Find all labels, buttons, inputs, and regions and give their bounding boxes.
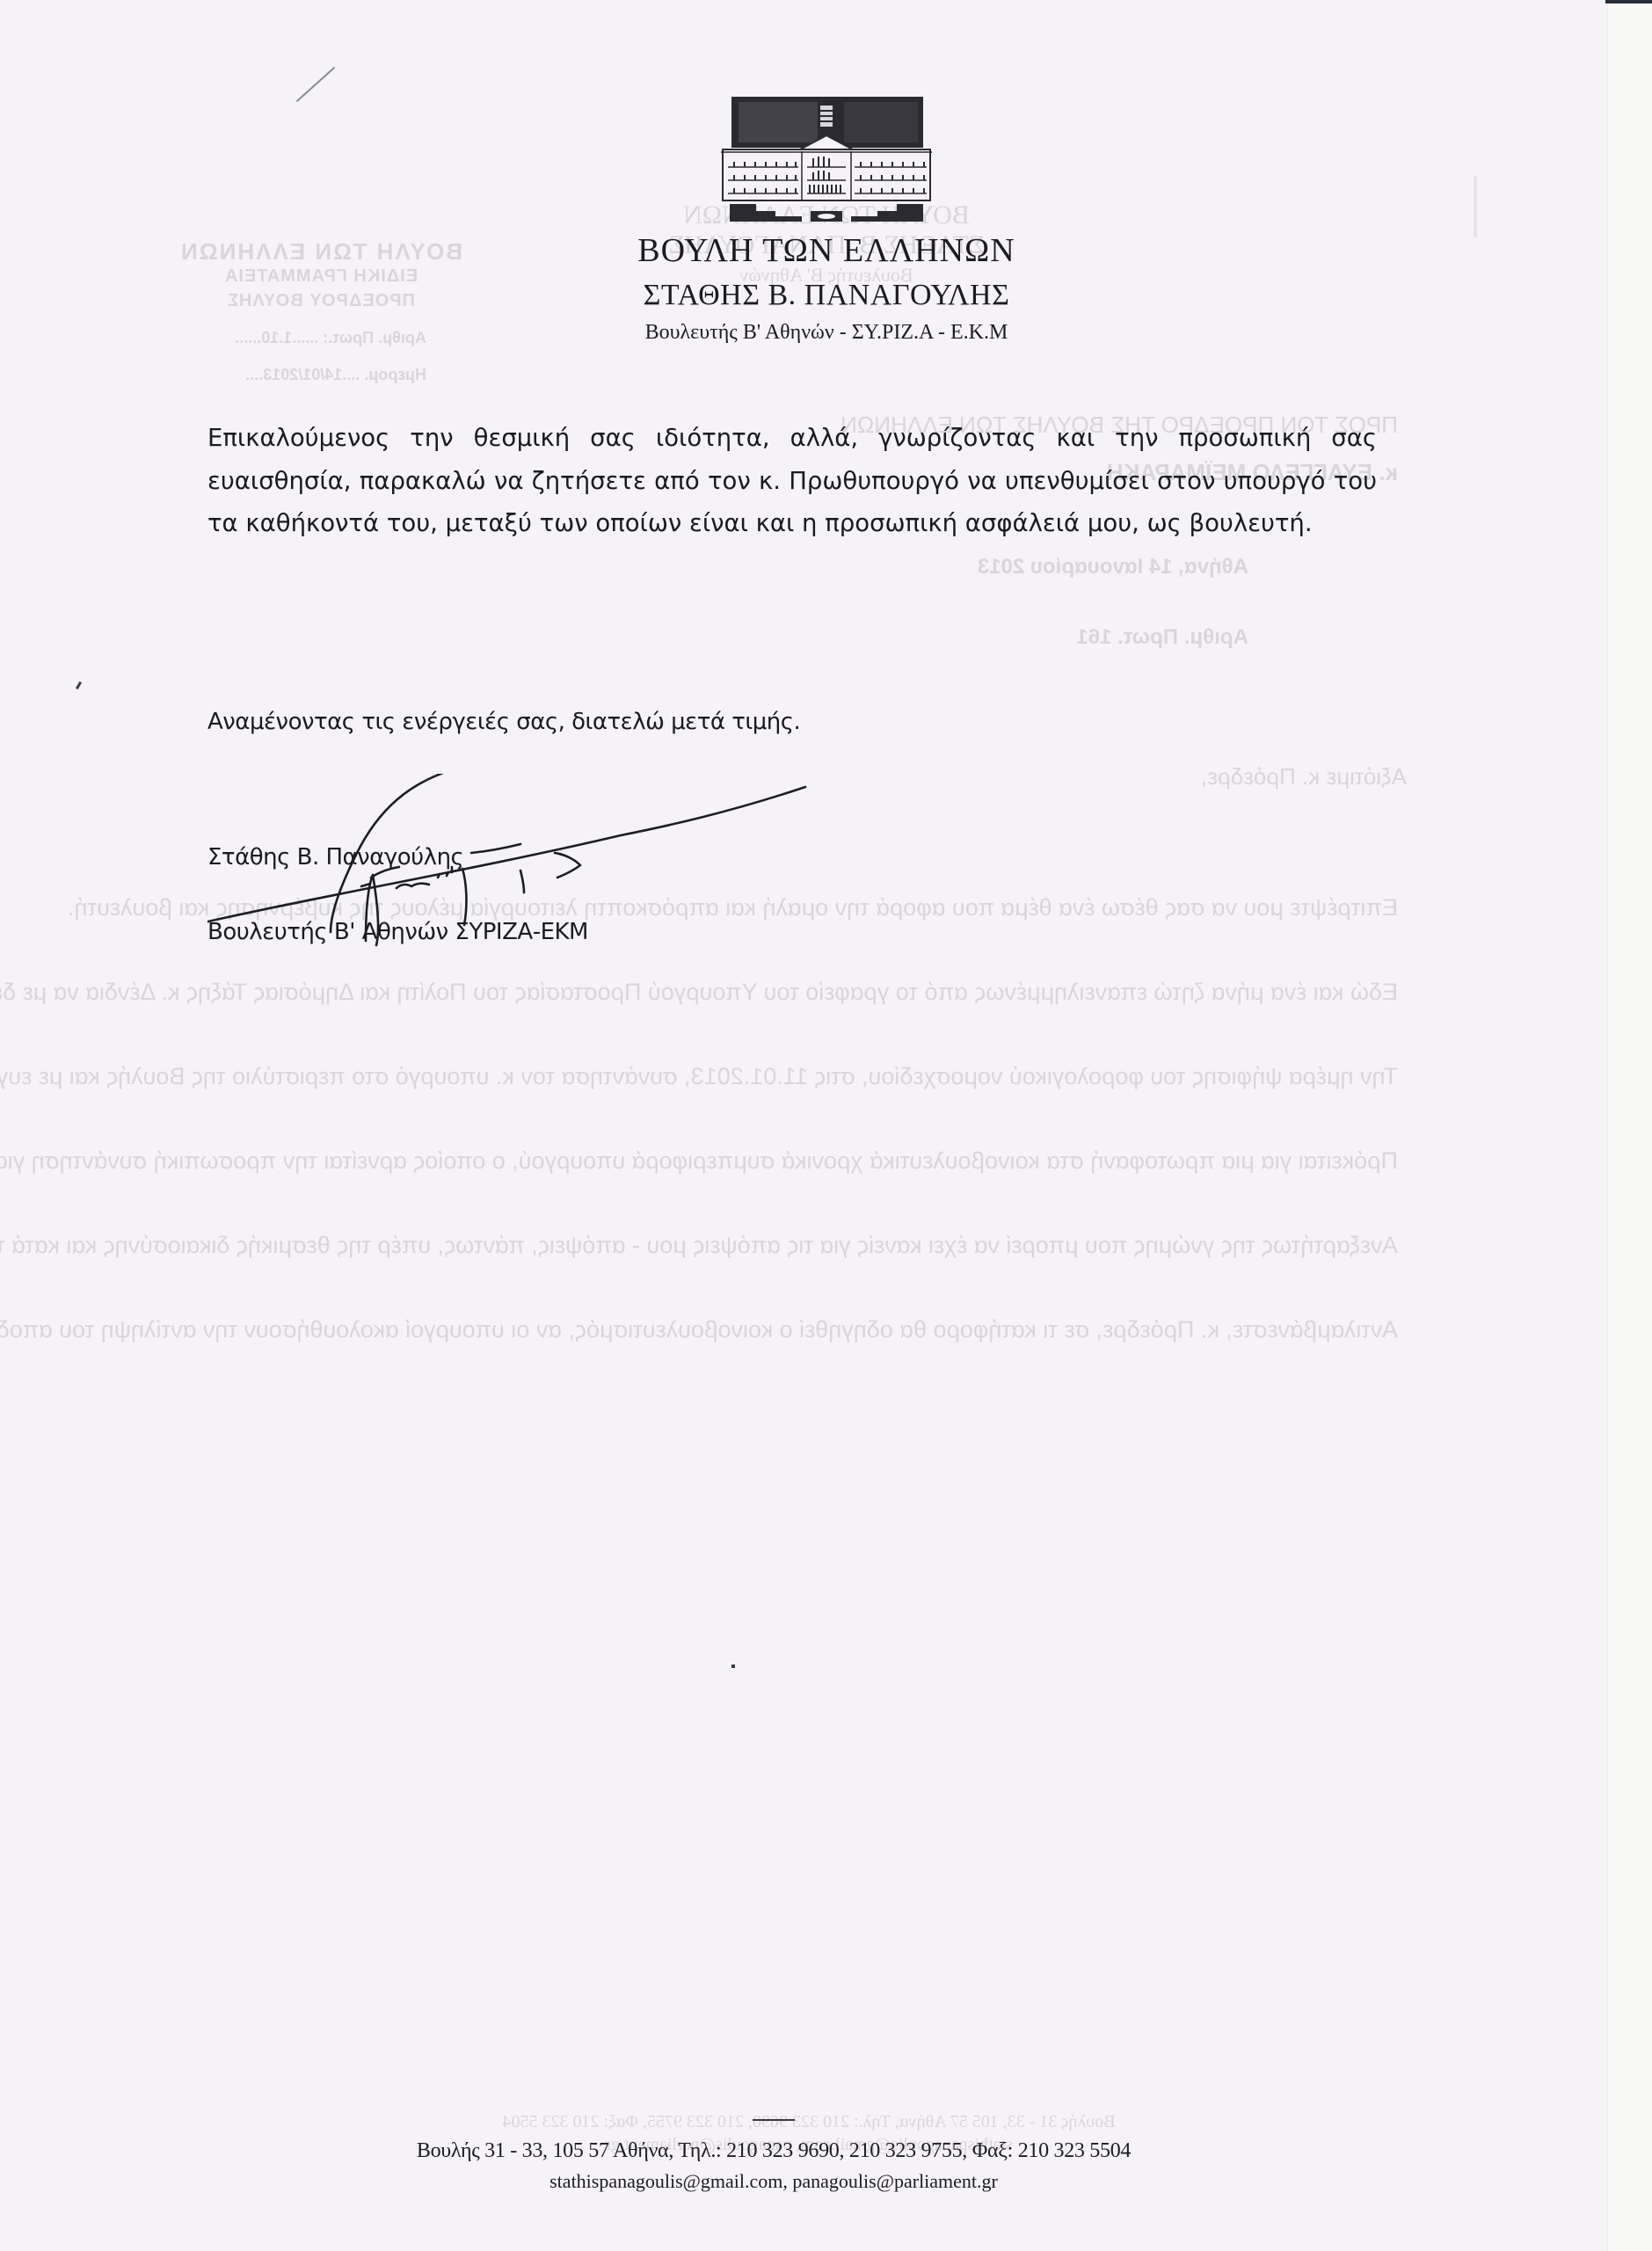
bleed-through-stamp: ΒΟΥΛΗ ΤΩΝ ΕΛΛΗΝΩΝ ΕΙΔΙΚΗ ΓΡΑΜΜΑΤΕΙΑ ΠΡΟΕ…: [145, 239, 497, 387]
bleed-stamp-date: Ημερομ. ....14/01/2013....: [145, 362, 497, 387]
bleed-paragraph: Πρόκειται για μια πρωτοφανή στα κοινοβου…: [246, 1134, 1398, 1187]
bleed-paragraph: Εδώ και ένα μήνα ζητώ επανειλημμένως από…: [246, 965, 1398, 1018]
bleed-stamp-line: ΠΡΟΕΔΡΟΥ ΒΟΥΛΗΣ: [145, 288, 497, 313]
signer-name: Στάθης Β. Παναγούλης: [207, 844, 463, 871]
bleed-date-line: Αριθμ. Πρωτ. 161: [950, 620, 1248, 655]
bleed-through-salutation: Αξιότιμε κ. Πρόεδρε,: [1055, 763, 1407, 790]
footer-divider: [753, 2119, 795, 2121]
letter-closing: Αναμένοντας τις ενέργειές σας, διατελώ μ…: [207, 709, 800, 735]
organization-name: ΒΟΥΛΗ ΤΩΝ ΕΛΛΗΝΩΝ: [563, 231, 1090, 270]
scan-mark: [1474, 176, 1477, 237]
bleed-stamp-line: ΕΙΔΙΚΗ ΓΡΑΜΜΑΤΕΙΑ: [145, 264, 497, 288]
mp-role: Βουλευτής Β' Αθηνών - ΣΥ.ΡΙΖ.Α - Ε.Κ.Μ: [563, 319, 1090, 346]
hellenic-parliament-building-logo-icon: [721, 97, 932, 222]
footer-emails: stathispanagoulis@gmail.com, panagoulis@…: [334, 2168, 1213, 2195]
scanner-edge-bar: [1605, 0, 1652, 4]
bleed-through-body: Επιτρέψτε μου να σας θέσω ένα θέμα που α…: [246, 881, 1398, 1388]
scan-mark: [731, 1665, 735, 1668]
bleed-paragraph: Την ημέρα ψήφισης του φορολογικού νομοσχ…: [246, 1050, 1398, 1103]
bleed-paragraph: Αντιλαμβάνεστε, κ. Πρόεδρε, σε τι κατήφο…: [246, 1303, 1398, 1356]
bleed-stamp-line: ΒΟΥΛΗ ΤΩΝ ΕΛΛΗΝΩΝ: [145, 239, 497, 264]
mp-name: ΣΤΑΘΗΣ Β. ΠΑΝΑΓΟΥΛΗΣ: [563, 277, 1090, 314]
letter-footer: Βουλής 31 - 33, 105 57 Αθήνα, Τηλ.: 210 …: [334, 2119, 1213, 2195]
bleed-through-date: Αθήνα, 14 Ιανουαρίου 2013 Αριθμ. Πρωτ. 1…: [950, 550, 1248, 655]
letter-body-paragraph: Επικαλούμενος την θεσμική σας ιδιότητα, …: [207, 417, 1377, 545]
scanner-edge-strip: [1607, 0, 1652, 2251]
bleed-paragraph: Ανεξαρτήτως της γνώμης που μπορεί να έχε…: [246, 1219, 1398, 1271]
bleed-date-line: Αθήνα, 14 Ιανουαρίου 2013: [950, 550, 1248, 585]
footer-address: Βουλής 31 - 33, 105 57 Αθήνα, Τηλ.: 210 …: [334, 2137, 1213, 2165]
bleed-stamp-protocol: Αριθμ. Πρωτ.: ......1.10......: [145, 325, 497, 350]
letterhead: ΒΟΥΛΗ ΤΩΝ ΕΛΛΗΝΩΝ ΣΤΑΘΗΣ Β. ΠΑΝΑΓΟΥΛΗΣ Β…: [563, 97, 1090, 346]
signer-role: Βουλευτής Β' Αθηνών ΣΥΡΙΖΑ-ΕΚΜ: [207, 919, 588, 945]
